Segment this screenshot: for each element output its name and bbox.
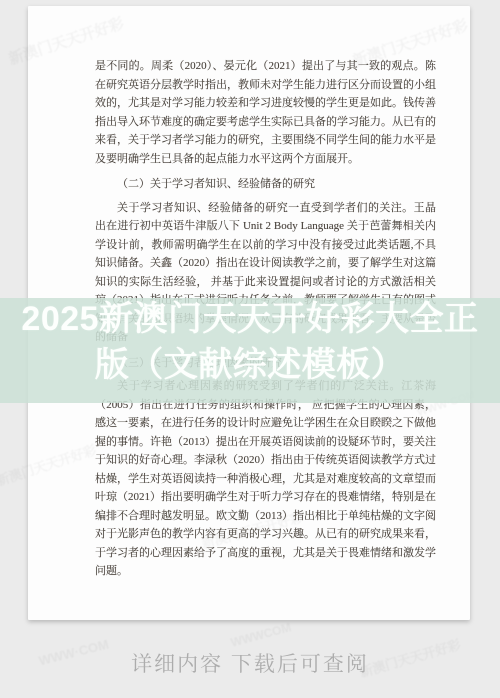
text-line: 是不同的。周柔（2020）、晏元化（2021）提出了与其一致的观点。陈雪(202…	[95, 57, 436, 76]
text-line: 指出导入环节难度的确定要考虑学生实际已具备的学习能力。从已有的研究成果	[95, 113, 436, 132]
text-line: 在研究英语分层教学时指出，教师未对学生能力进行区分而设置的小组学习是无	[95, 76, 436, 95]
download-hint-text: 详细内容 下载后可查阅	[0, 650, 500, 680]
text-line: 知识的实际生活经验， 并基于此来设置提问或者讨论的方式激活相关知识。 吴叶	[95, 273, 436, 292]
text-line: 学设计前，教师需明确学生在以前的学习中没有接受过此类话题,不具备相应的	[95, 236, 436, 255]
promo-title-line: 2025新澳门天天开好彩大全正	[0, 296, 500, 342]
text-line: 于知识的好奇心理。李渌秋（2020）指出由于传统英语阅读教学方式过于单一和	[95, 451, 436, 470]
text-line: 叶琼（2021）指出要明确学生对于听力学习存在的畏难情绪，特别是在难易顺序	[95, 488, 436, 507]
promo-title-line: 版（文献综述模板）	[0, 342, 500, 388]
text-line: 感这一要素，在进行任务的设计时应避免让学困生在众目睽睽之下做他们没有把	[95, 414, 436, 433]
promo-overlay-title: 2025新澳门天天开好彩大全正版（文献综述模板）	[0, 296, 500, 388]
text-line: 出在进行初中英语牛津版八下 Unit 2 Body Language 关于芭蕾舞…	[95, 217, 436, 236]
text-line: 枯燥，学生对英语阅读持一种消极心理，尤其是对难度较高的文章望而生畏。吴	[95, 470, 436, 489]
section-heading: （二）关于学习者知识、经验储备的研究	[95, 175, 436, 194]
text-line: 知识储备。关鑫（2020）指出在设计阅读教学之前，要了解学生对这篇文章相关	[95, 254, 436, 273]
text-line: 关于学习者知识、经验储备的研究一直受到学者们的关注。王晶（2019）指	[95, 199, 436, 218]
watermark: WWWCOM	[229, 620, 292, 650]
text-line: （二）关于学习者知识、经验储备的研究	[95, 175, 436, 194]
text-line: 握的事情。许艳（2013）提出在开展英语阅读前的设疑环节时，要关注初中生对	[95, 433, 436, 452]
text-line: 效的，尤其是对学习能力较差和学习进度较慢的学生更是如此。钱传善（2020）	[95, 94, 436, 113]
text-line: 于学习者的心理因素给予了高度的重视，尤其是关于畏难情绪和激发学习兴趣的	[95, 544, 436, 563]
text-line: 对于光影声色的教学内容有更高的学习兴趣。从已有的研究成果来看，学者们对	[95, 525, 436, 544]
paragraph: 关于学习者心理因素的研究受到了学者们的广泛关注。江茶海（2005）指出在进行任务…	[95, 377, 436, 581]
text-line: 及要明确学生已具备的起点能力水平这两个方面展开。	[95, 150, 436, 169]
text-line: 编排不合理时越发明显。欧文勤（2013）指出相比于单纯枯燥的文字阅读，学生	[95, 507, 436, 526]
text-line: 来看，关于学习者学习能力的研究，主要围绕不同学生间的能力水平是不同的以	[95, 131, 436, 150]
text-line: 问题。	[95, 562, 436, 581]
paragraph: 是不同的。周柔（2020）、晏元化（2021）提出了与其一致的观点。陈雪(202…	[95, 57, 436, 168]
document-preview-page: 是不同的。周柔（2020）、晏元化（2021）提出了与其一致的观点。陈雪(202…	[0, 0, 500, 698]
